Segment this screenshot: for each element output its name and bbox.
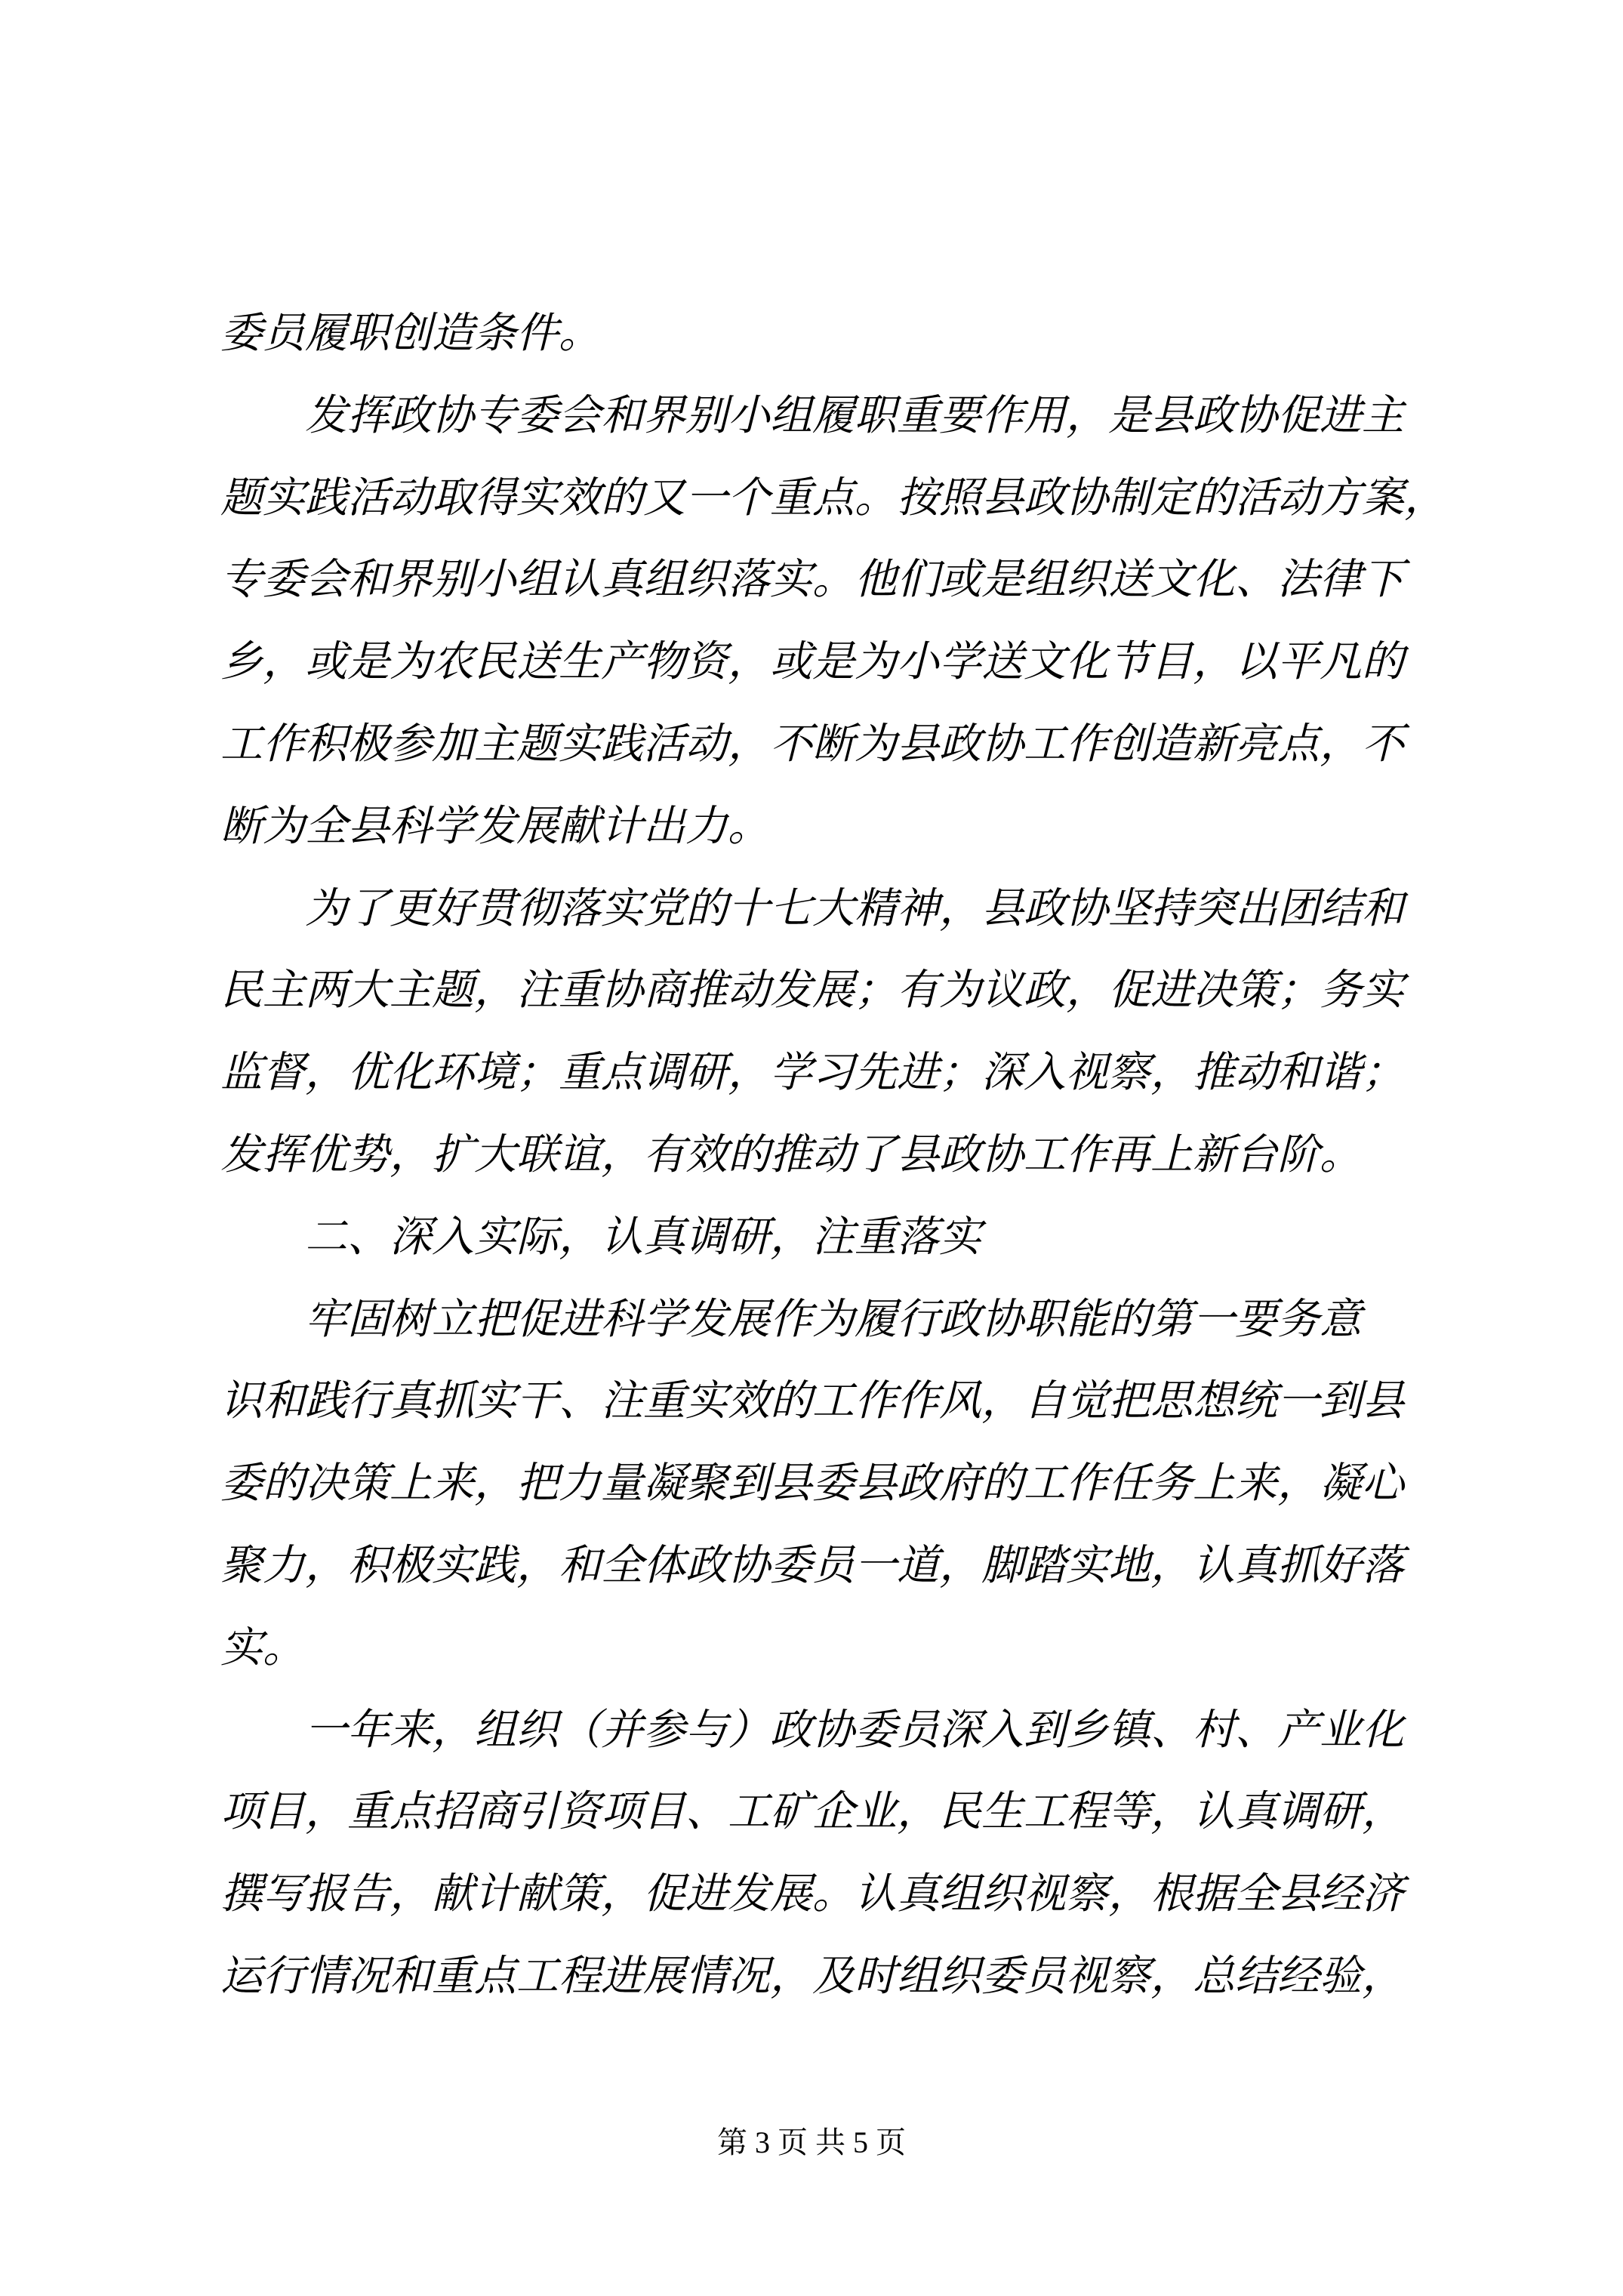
text-line: 委员履职创造条件。 <box>220 293 1464 375</box>
text-line: 识和践行真抓实干、注重实效的工作作风，自觉把思想统一到县 <box>220 1361 1464 1443</box>
text-line: 聚力，积极实践，和全体政协委员一道，脚踏实地，认真抓好落 <box>220 1525 1464 1607</box>
text-line: 乡，或是为农民送生产物资，或是为小学送文化节目，以平凡的 <box>220 621 1464 704</box>
text-line: 监督，优化环境；重点调研，学习先进；深入视察，推动和谐； <box>220 1032 1464 1114</box>
document-page: 委员履职创造条件。发挥政协专委会和界别小组履职重要作用，是县政协促进主题实践活动… <box>0 0 1623 2296</box>
text-line: 项目，重点招商引资项目、工矿企业，民生工程等，认真调研， <box>220 1771 1464 1854</box>
text-line: 一年来，组织（并参与）政协委员深入到乡镇、村、产业化 <box>220 1690 1464 1772</box>
text-line: 发挥优势，扩大联谊，有效的推动了县政协工作再上新台阶。 <box>220 1114 1464 1197</box>
text-line: 专委会和界别小组认真组织落实。他们或是组织送文化、法律下 <box>220 539 1464 621</box>
text-line: 二、深入实际，认真调研，注重落实 <box>220 1197 1464 1279</box>
text-line: 断为全县科学发展献计出力。 <box>220 786 1464 868</box>
text-line: 实。 <box>220 1607 1464 1690</box>
text-block: 委员履职创造条件。发挥政协专委会和界别小组履职重要作用，是县政协促进主题实践活动… <box>220 293 1464 2018</box>
text-line: 为了更好贯彻落实党的十七大精神，县政协坚持突出团结和 <box>220 868 1464 951</box>
text-line: 工作积极参加主题实践活动，不断为县政协工作创造新亮点，不 <box>220 704 1464 786</box>
text-line: 委的决策上来，把力量凝聚到县委县政府的工作任务上来，凝心 <box>220 1443 1464 1525</box>
text-line: 牢固树立把促进科学发展作为履行政协职能的第一要务意 <box>220 1279 1464 1361</box>
text-line: 题实践活动取得实效的又一个重点。按照县政协制定的活动方案， <box>220 458 1464 540</box>
text-line: 发挥政协专委会和界别小组履职重要作用，是县政协促进主 <box>220 375 1464 458</box>
text-line: 民主两大主题，注重协商推动发展；有为议政，促进决策；务实 <box>220 950 1464 1032</box>
text-line: 运行情况和重点工程进展情况，及时组织委员视察，总结经验， <box>220 1936 1464 2018</box>
text-line: 撰写报告，献计献策，促进发展。认真组织视察，根据全县经济 <box>220 1854 1464 1936</box>
page-number-footer: 第 3 页 共 5 页 <box>0 2119 1623 2162</box>
